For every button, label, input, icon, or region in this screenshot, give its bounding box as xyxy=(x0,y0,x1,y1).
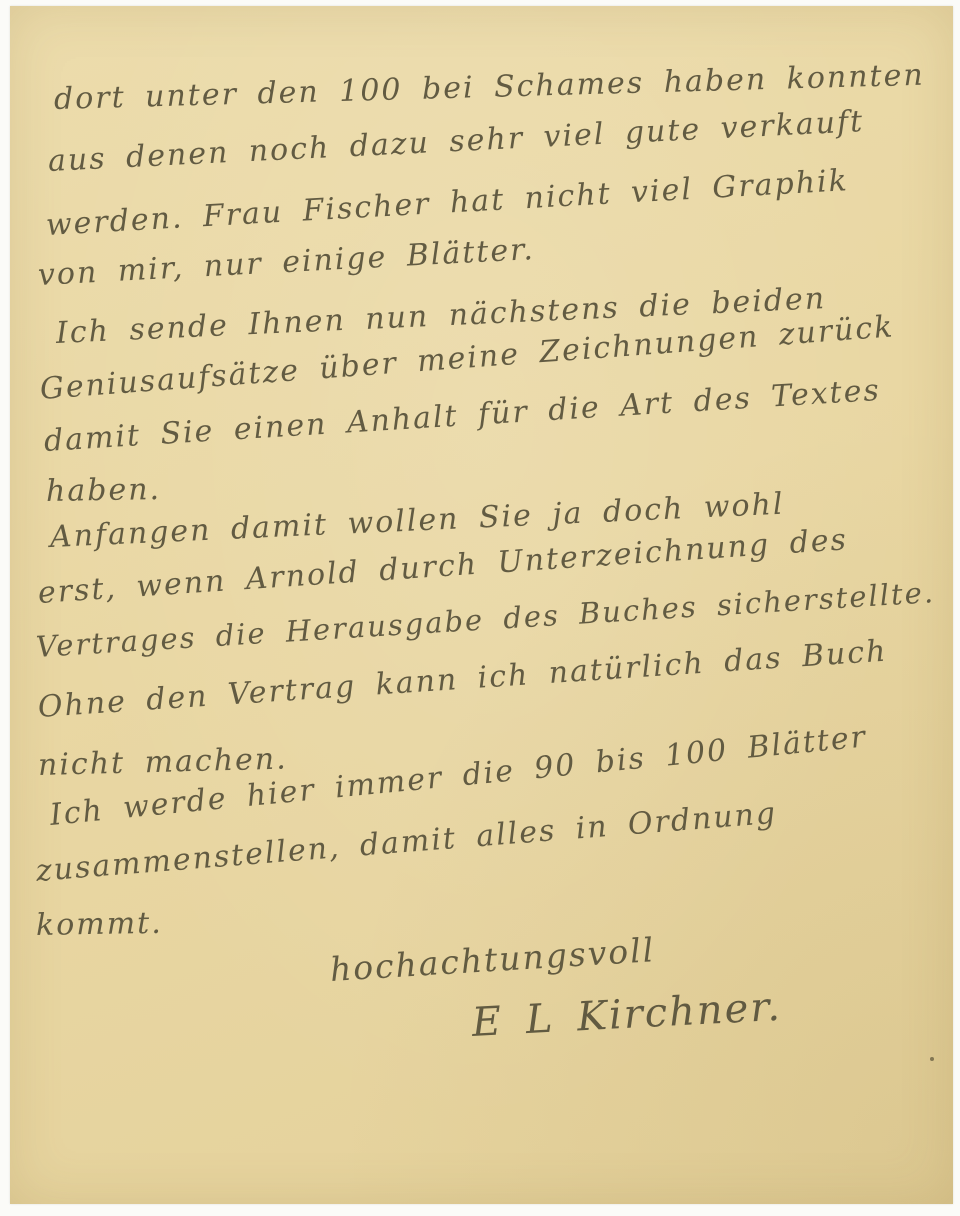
handwriting-line: werden. Frau Fischer hat nicht viel Grap… xyxy=(45,163,850,243)
handwriting-line: nicht machen. xyxy=(38,741,289,783)
handwriting-line: kommt. xyxy=(36,906,163,943)
letter-paper: dort unter den 100 bei Schames haben kon… xyxy=(10,6,953,1204)
letter-photo: dort unter den 100 bei Schames haben kon… xyxy=(0,0,960,1216)
handwriting-line: von mir, nur einige Blätter. xyxy=(37,232,535,293)
signature: E L Kirchner. xyxy=(471,984,783,1046)
handwriting-line: aus denen noch dazu sehr viel gute verka… xyxy=(47,104,865,179)
paper-speck xyxy=(930,1057,934,1061)
handwriting-line: haben. xyxy=(46,472,162,509)
closing-valediction: hochachtungsvoll xyxy=(329,930,656,989)
